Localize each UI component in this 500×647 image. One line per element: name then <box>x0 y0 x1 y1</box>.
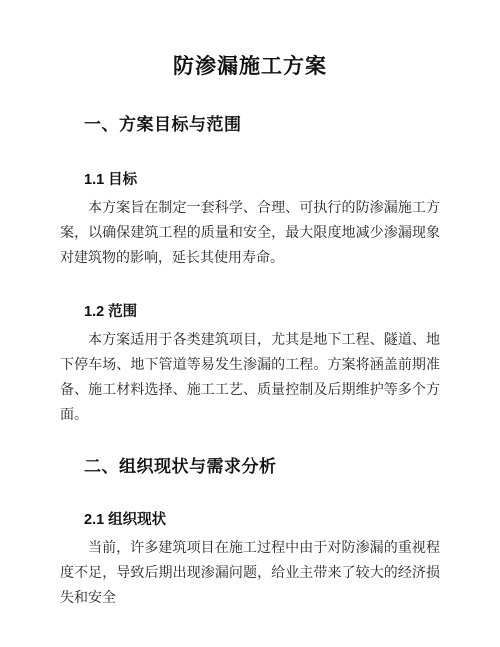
section-1-heading: 一、方案目标与范围 <box>60 113 440 137</box>
section-2-heading: 二、组织现状与需求分析 <box>60 455 440 479</box>
document-title: 防渗漏施工方案 <box>60 0 440 80</box>
subsection-2-1-body: 当前，许多建筑项目在施工过程中由于对防渗漏的重视程度不足，导致后期出现渗漏问题，… <box>60 536 440 611</box>
subsection-1-2-heading: 1.2 范围 <box>60 301 440 323</box>
subsection-1-2-body: 本方案适用于各类建筑项目，尤其是地下工程、隧道、地下停车场、地下管道等易发生渗漏… <box>60 328 440 428</box>
document-page: 防渗漏施工方案 一、方案目标与范围 1.1 目标 本方案旨在制定一套科学、合理、… <box>0 0 500 647</box>
subsection-2-1-heading: 2.1 组织现状 <box>60 509 440 531</box>
subsection-1-1-heading: 1.1 目标 <box>60 169 440 191</box>
subsection-1-1-body: 本方案旨在制定一套科学、合理、可执行的防渗漏施工方案，以确保建筑工程的质量和安全… <box>60 196 440 271</box>
